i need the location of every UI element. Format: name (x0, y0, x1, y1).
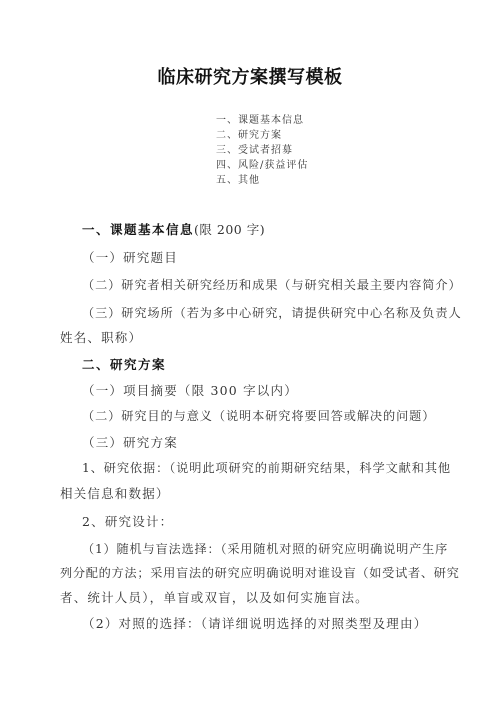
subsection-project-summary: （一）项目摘要（限 300 字以内） (82, 381, 298, 399)
toc-item: 二、研究方案 (216, 128, 308, 143)
toc-item: 三、受试者招募 (216, 143, 308, 158)
paragraph-control-selection: （2）对照的选择：（请详细说明选择的对照类型及理由） (82, 614, 427, 632)
subsection-research-site: （三）研究场所（若为多中心研究，请提供研究中心名称及负责人 (82, 304, 462, 321)
subsection-research-site-cont: 姓名、职称） (60, 328, 142, 346)
document-page: 临床研究方案撰写模板 一、课题基本信息 二、研究方案 三、受试者招募 四、风险/… (0, 0, 500, 707)
document-title: 临床研究方案撰写模板 (0, 63, 500, 89)
subsection-research-plan: （三）研究方案 (82, 433, 178, 451)
section-heading-basic-info: 一、课题基本信息(限 200 字) (82, 220, 265, 238)
subsection-research-purpose: （二）研究目的与意义（说明本研究将要回答或解决的问题） (82, 407, 435, 424)
paragraph-randomization-end: 者、统计人员），单盲或双盲，以及如何实施盲法。 (60, 588, 369, 606)
table-of-contents: 一、课题基本信息 二、研究方案 三、受试者招募 四、风险/获益评估 五、其他 (216, 113, 308, 188)
heading-note: (限 200 字) (194, 222, 265, 237)
paragraph-research-basis-cont: 相关信息和数据） (60, 484, 170, 502)
paragraph-randomization: （1）随机与盲法选择：（采用随机对照的研究应明确说明产生序 (82, 540, 448, 557)
toc-item: 一、课题基本信息 (216, 113, 308, 128)
section-heading-research-plan: 二、研究方案 (82, 355, 166, 373)
toc-item: 四、风险/获益评估 (216, 158, 308, 173)
subsection-research-topic: （一）研究题目 (82, 248, 178, 266)
heading-text: 一、课题基本信息 (82, 222, 194, 237)
subsection-researcher-experience: （二）研究者相关研究经历和成果（与研究相关最主要内容简介） (82, 276, 462, 293)
paragraph-research-design: 2、研究设计： (82, 512, 173, 530)
toc-item: 五、其他 (216, 173, 308, 188)
paragraph-randomization-cont: 列分配的方法；采用盲法的研究应明确说明对谁设盲（如受试者、研究 (60, 564, 460, 581)
paragraph-research-basis: 1、研究依据：（说明此项研究的前期研究结果，科学文献和其他 (82, 459, 451, 476)
